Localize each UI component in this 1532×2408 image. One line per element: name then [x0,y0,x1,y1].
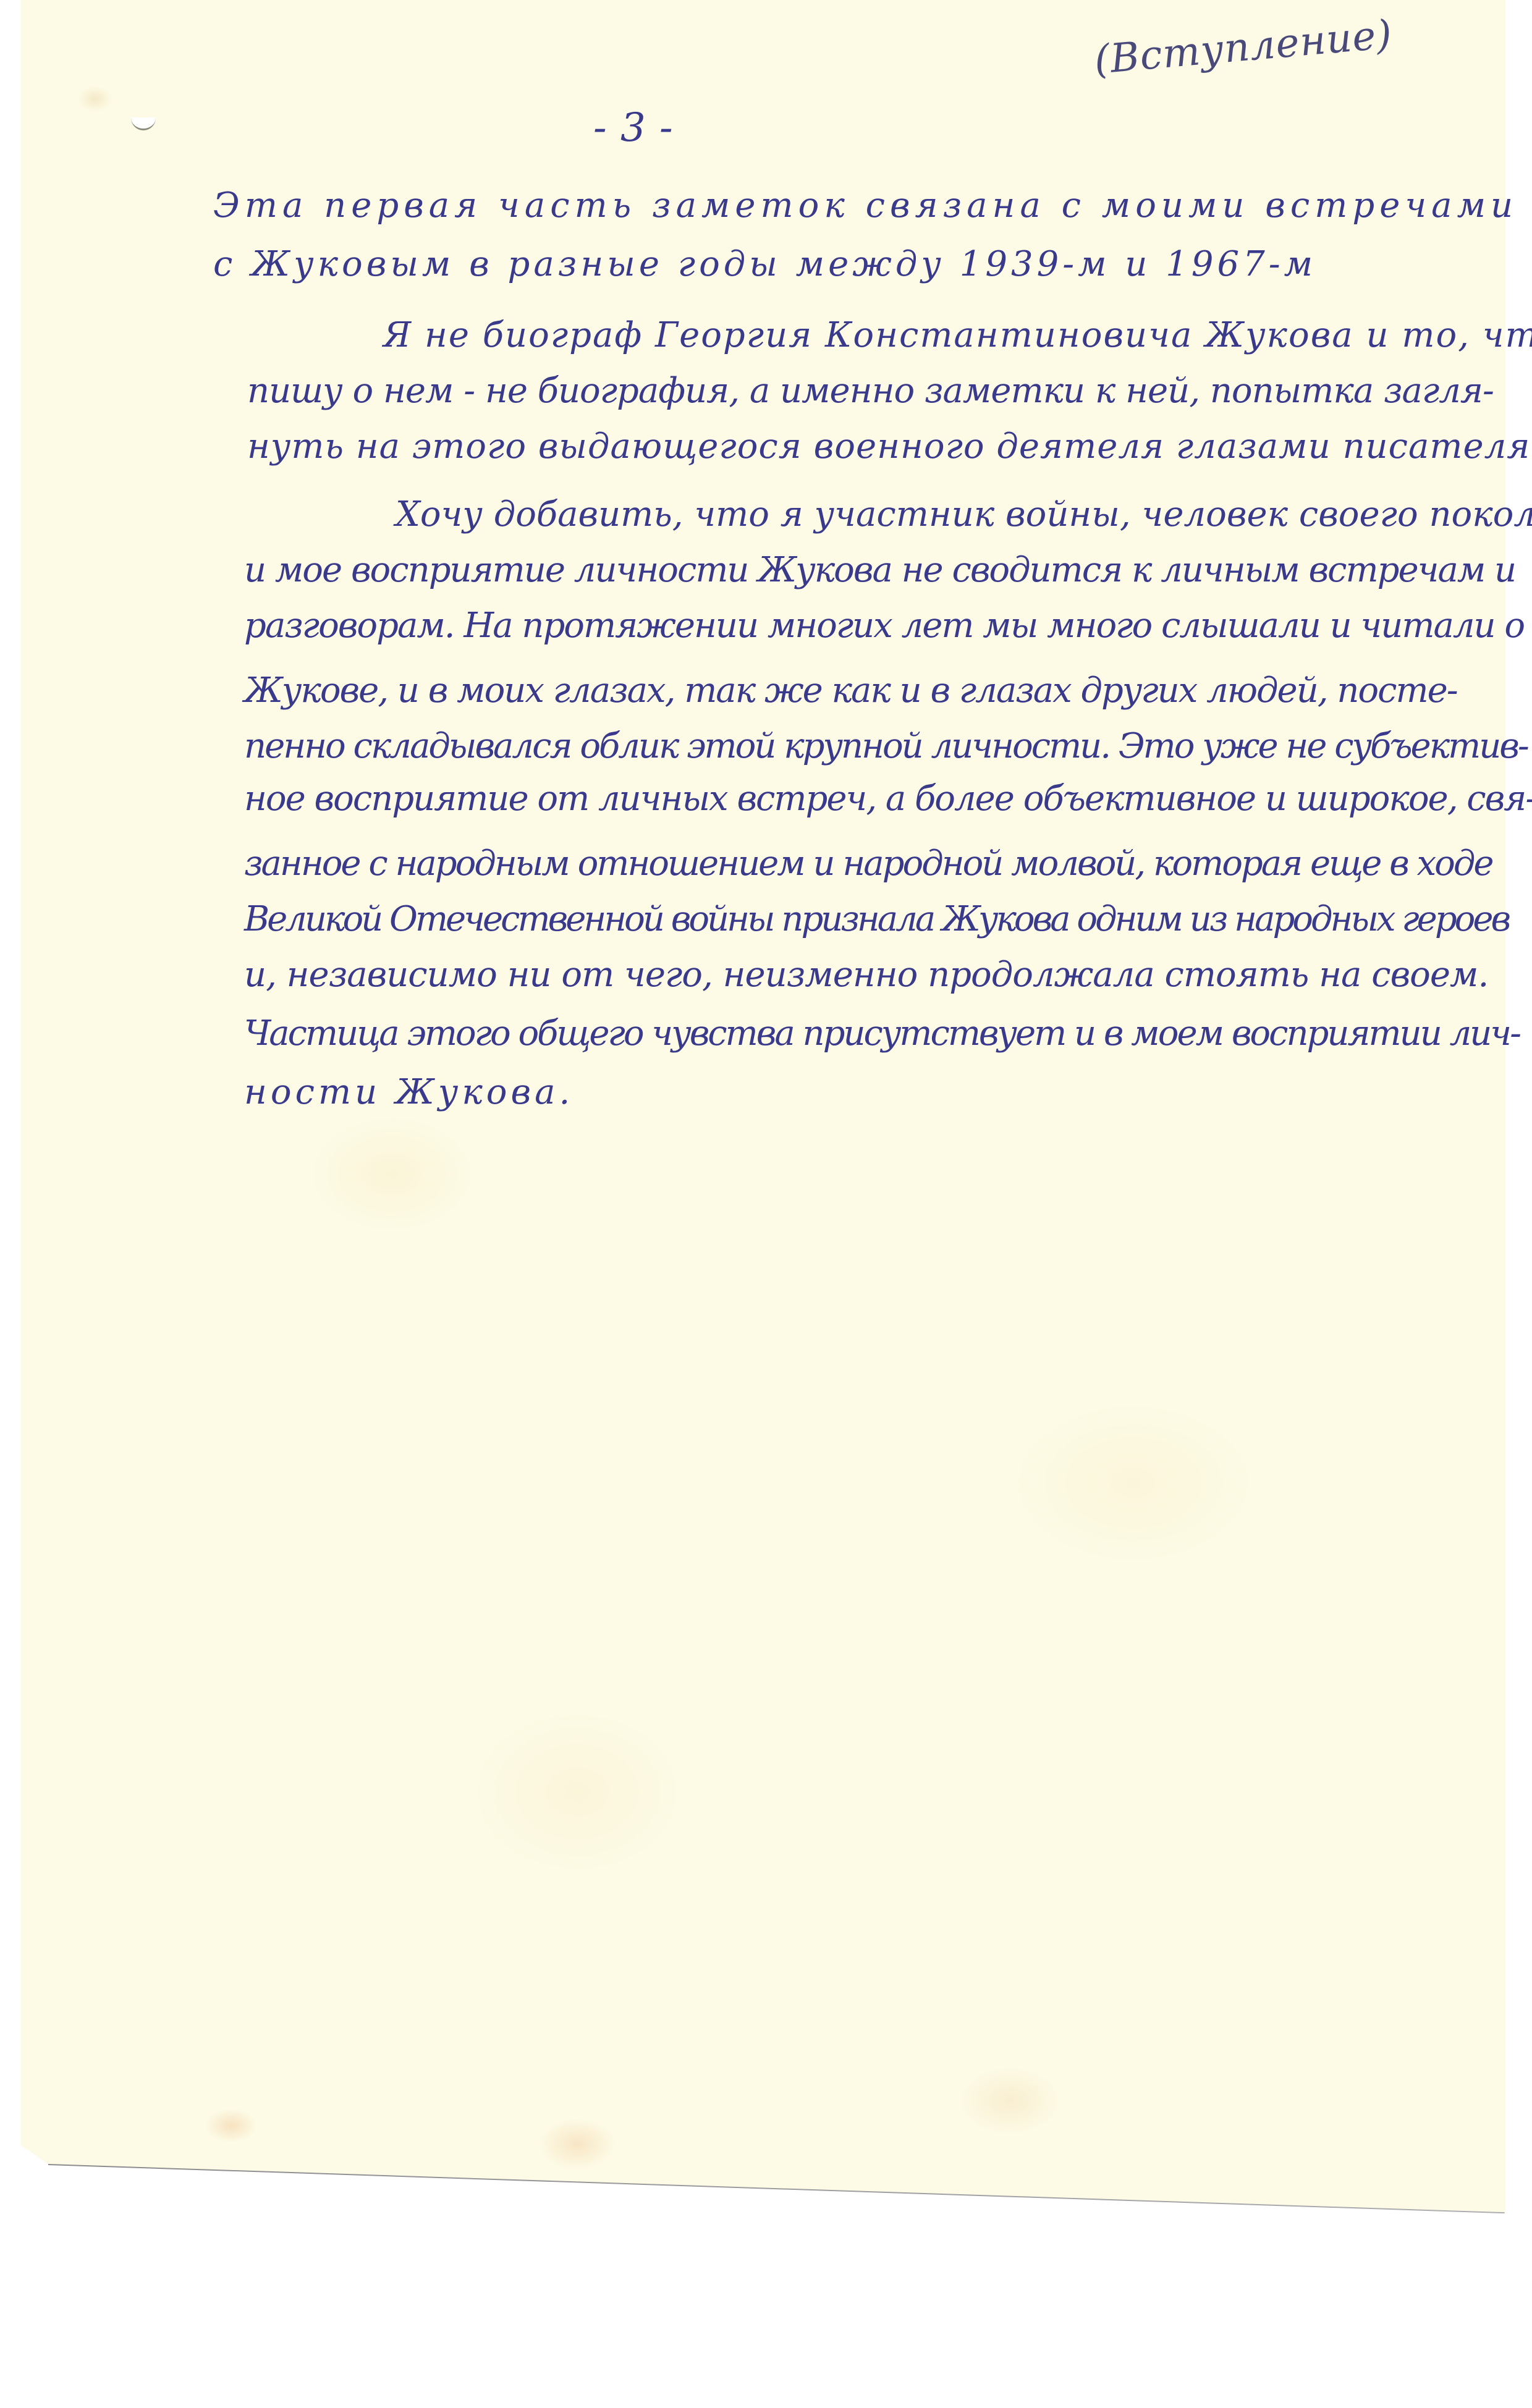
text-line: Эта первая часть заметок связана с моими… [213,185,1518,226]
text-line: Я не биограф Георгия Константиновича Жук… [383,315,1532,355]
text-line: ности Жукова. [244,1072,573,1112]
text-line: Хочу добавить, что я участник войны, чел… [396,494,1532,534]
text-line: разговорам. На протяжении многих лет мы … [244,606,1524,646]
text-line: ное восприятие от личных встреч, а более… [244,779,1532,819]
text-line: пишу о нем - не биография, а именно заме… [247,371,1494,411]
text-line: с Жуковым в разные годы между 1939-м и 1… [213,244,1316,284]
text-line: и мое восприятие личности Жукова не свод… [244,550,1515,590]
text-line: Частица этого общего чувства присутствуе… [244,1013,1520,1054]
text-line: Великой Отечественной войны признала Жук… [244,899,1509,939]
text-line: нуть на этого выдающегося военного деяте… [247,426,1532,467]
text-line: пенно складывался облик этой крупной лич… [244,726,1528,766]
text-line: и, независимо ни от чего, неизменно прод… [244,955,1488,995]
text-line: занное с народным отношением и народной … [244,843,1492,884]
text-line: Жукове, и в моих глазах, так же как и в … [244,670,1457,711]
page-number: - 3 - [593,105,674,151]
